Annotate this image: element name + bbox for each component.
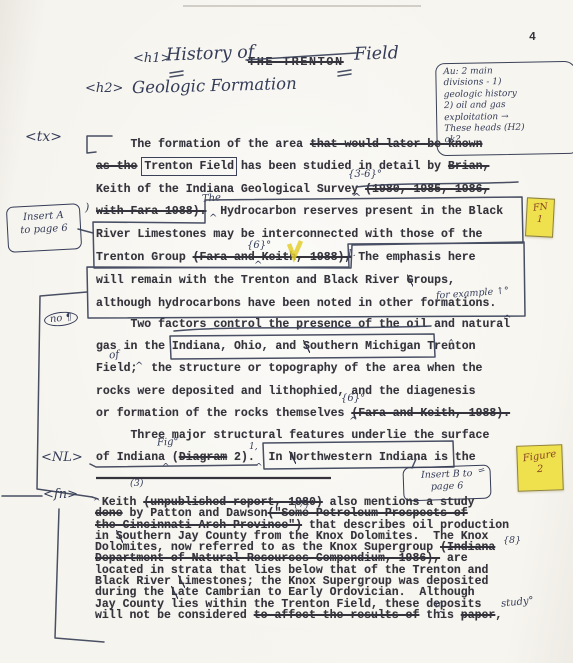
insert-b-line: page 6 (404, 480, 490, 495)
tag-tx: <tx> (25, 129, 62, 145)
footnote-sticky-tab: FN 1 (525, 197, 555, 237)
manuscript-page: 4 <h1> History of THE TRENTON Field <h2>… (0, 0, 573, 663)
typed-line: Field; the structure or topography of th… (96, 361, 482, 376)
typed-line: as the Trenton Field has been studied in… (96, 159, 489, 174)
typed-line: rocks were deposited and lithophied, and… (96, 384, 476, 399)
typed-line: River Limestones may be interconnected w… (96, 227, 482, 242)
editor-mark: ^ (349, 416, 357, 427)
tag-fn: <fn> (43, 487, 78, 502)
typed-line: Keith of the Indiana Geological Survey (… (96, 182, 489, 197)
editor-mark: {8} (503, 535, 521, 546)
typed-line: will remain with the Trenton and Black R… (96, 273, 455, 288)
typed-line: of Indiana (Diagram 2). In Northwestern … (96, 450, 476, 465)
editor-mark: {6}° (247, 240, 271, 251)
typed-line: Two factors control the presence of the … (96, 317, 510, 332)
typed-line: with Fara 1988). Hydrocarbon reserves pr… (96, 204, 503, 219)
editor-mark: 1. (347, 249, 356, 259)
editor-mark: ) (85, 201, 89, 214)
editor-mark: (3) (130, 478, 143, 489)
insert-a-note: Insert A to page 6 (6, 203, 82, 253)
editor-mark: ^ (503, 314, 511, 325)
editor-mark: ^ (437, 611, 445, 621)
footnote-sticky-text: FN (527, 200, 554, 215)
editor-mark: {3-6}° (348, 169, 382, 180)
editor-mark: Fig° (157, 436, 179, 448)
tag-nl: <NL> (41, 450, 83, 465)
editor-mark: in (435, 600, 445, 611)
editor-mark: ^ (209, 213, 217, 224)
footnote-sticky-number: 1 (527, 213, 554, 226)
typed-line: or formation of the rocks themselves (Fa… (96, 406, 510, 421)
typed-line: gas in the Indiana, Ohio, and Southern M… (96, 339, 476, 354)
insert-a-line: to page 6 (8, 221, 81, 238)
typed-line: The formation of the area that would lat… (96, 137, 482, 152)
editor-mark: ^ (162, 463, 170, 473)
editor-mark: ^ (93, 498, 101, 508)
editor-mark: ^ (255, 463, 263, 473)
editor-mark: ^ (254, 260, 262, 271)
editor-mark: ^ (352, 191, 361, 204)
h2-handwritten-text: Geologic Formation (132, 74, 297, 97)
no-paragraph-mark: no ¶ (43, 310, 78, 327)
h1-handwritten-text-2: Field (354, 43, 400, 65)
typed-line: Trenton Group (Fara and Keith, 1988), Th… (96, 250, 476, 265)
page-number: 4 (529, 31, 536, 44)
editor-mark: 1, (249, 442, 258, 452)
figure-sticky-tab: Figure 2 (516, 444, 564, 492)
h1-struck-typed-text: THE TRENTON (248, 55, 344, 69)
editor-mark: study° (501, 595, 535, 609)
typed-line: Three major structural features underlie… (96, 428, 489, 443)
scan-artifact-line (183, 5, 421, 7)
editor-mark: {7} (293, 500, 310, 510)
editor-mark: of (108, 348, 119, 361)
h2-markup-tag: <h2> (85, 81, 123, 96)
h1-handwritten-text: History of (166, 42, 255, 65)
editor-mark: ˇ (447, 346, 453, 360)
editor-mark: The (202, 192, 222, 204)
editor-mark: {6}° (341, 393, 365, 404)
editor-mark: ^ (135, 361, 143, 372)
